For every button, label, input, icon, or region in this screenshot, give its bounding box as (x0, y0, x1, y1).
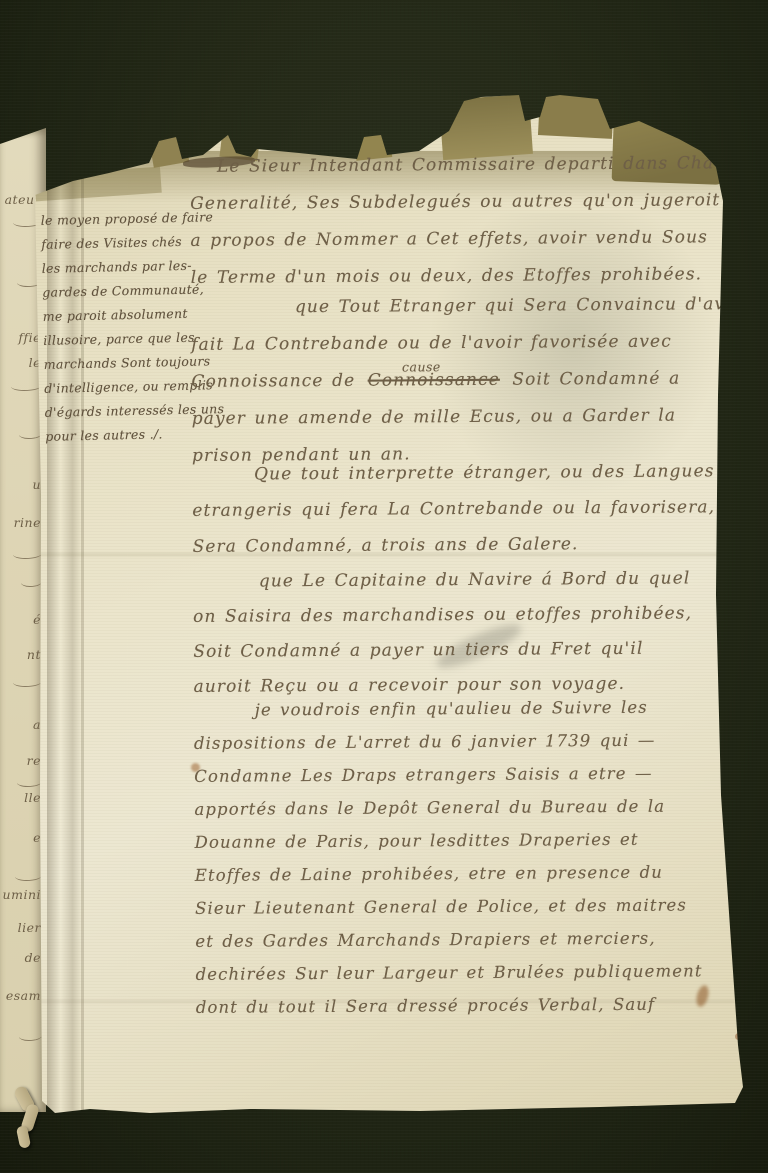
manuscript-line: etrangeris qui fera La Contrebande ou la… (192, 489, 737, 529)
edge-text-fragment: e (33, 830, 41, 845)
pen-flourish (19, 1030, 43, 1041)
manuscript-line: dispositions de L'arret du 6 janvier 173… (194, 723, 739, 760)
manuscript-line: payer une amende de mille Ecus, ou a Gar… (192, 397, 737, 438)
edge-text-fragment: umini (3, 887, 41, 902)
manuscript-line: que Le Capitaine du Navire á Bord du que… (193, 561, 738, 600)
edge-text-fragment: ffie (18, 330, 41, 345)
edge-text-fragment: lle (24, 790, 41, 805)
line-text: Soit Condamné a (512, 368, 680, 389)
manuscript-line: Generalité, Ses Subdelegués ou autres qu… (190, 182, 735, 223)
edge-text-fragment: re (27, 753, 41, 768)
pen-flourish (17, 776, 43, 787)
manuscript-line: et des Gardes Marchands Drapiers et merc… (195, 921, 740, 958)
pen-flourish (13, 676, 43, 687)
manuscript-line: que Tout Etranger qui Sera Convaincu d'a… (191, 286, 736, 327)
edge-text-fragment: é (33, 612, 41, 627)
manuscript-line: Sera Condamné, a trois ans de Galere. (192, 525, 737, 565)
edge-text-fragment: a (33, 717, 41, 732)
manuscript-line: apportés dans le Depôt General du Bureau… (194, 789, 739, 826)
pen-flourish (11, 380, 43, 391)
manuscript-line: Condamne Les Draps etrangers Saisis a et… (194, 756, 739, 793)
manuscript-body-text: Le Sieur Intendant Commissaire departi d… (189, 93, 741, 1119)
manuscript-line: Le Sieur Intendant Commissaire departi d… (190, 145, 735, 186)
manuscript-line: a propos de Nommer a Cet effets, avoir v… (190, 219, 735, 260)
manuscript-line: Sieur Lieutenant General de Police, et d… (195, 888, 740, 925)
line-text: Connoissance de (191, 371, 355, 392)
paragraph-5: je voudrois enfin qu'aulieu de Suivre le… (194, 690, 741, 1024)
manuscript-line: dechirées Sur leur Largeur et Brulées pu… (195, 954, 740, 991)
correction: cause Connoissance (368, 362, 500, 400)
edge-text-fragment: lier (18, 920, 41, 935)
manuscript-line-with-correction: Connoissance de cause Connoissance Soit … (191, 360, 736, 401)
edge-text-fragment: esam (6, 988, 41, 1003)
manuscript-line: Douanne de Paris, pour lesdittes Draperi… (195, 822, 740, 859)
paragraph-4: que Le Capitaine du Navire á Bord du que… (193, 561, 739, 705)
manuscript-line: je voudrois enfin qu'aulieu de Suivre le… (194, 690, 739, 727)
pen-flourish (21, 576, 43, 587)
manuscript-line: fait La Contrebande ou de l'avoir favori… (191, 323, 736, 364)
edge-text-fragment: nt (27, 647, 41, 662)
manuscript-line: on Saisira des marchandises ou etoffes p… (193, 596, 738, 635)
manuscript-line: dont du tout il Sera dressé procés Verba… (196, 987, 741, 1024)
paragraph-2: que Tout Etranger qui Sera Convaincu d'a… (191, 286, 737, 475)
pen-flourish (15, 870, 43, 881)
manuscript-line: Que tout interprette étranger, ou des La… (192, 453, 737, 493)
manuscript-line: Soit Condamné a payer un tiers du Fret q… (193, 631, 738, 670)
pen-flourish (13, 548, 43, 559)
inserted-word: cause (402, 348, 441, 385)
paragraph-3: Que tout interprette étranger, ou des La… (192, 453, 738, 565)
edge-text-fragment: u (32, 477, 41, 492)
manuscript-page: le moyen proposé de fairefaire des Visit… (35, 95, 747, 1117)
edge-text-fragment: de (25, 950, 41, 965)
manuscript-line: Etoffes de Laine prohibées, etre en pres… (195, 855, 740, 892)
manuscript-photograph: ateur ffie le u rine é nt a re lle e umi… (0, 0, 768, 1173)
paragraph-1: Le Sieur Intendant Commissaire departi d… (190, 145, 736, 297)
edge-text-fragment: rine (14, 515, 41, 530)
pen-flourish (19, 428, 43, 439)
